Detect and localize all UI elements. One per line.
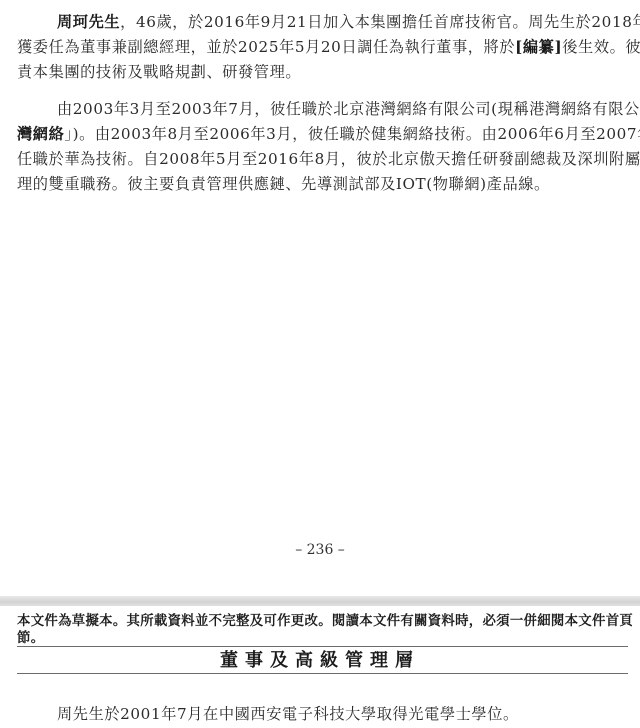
header-rule-bottom (17, 673, 628, 674)
draft-disclaimer: 本文件為草擬本。其所載資料並不完整及可作更改。閱讀本文件有關資料時，必須一併細閱… (17, 613, 628, 647)
page-separator (0, 596, 640, 606)
text-segment: 理的雙重職務。彼主要負責管理供應鏈、先導測試部及IOT(物聯網)產品線。 (17, 175, 550, 193)
text-segment: 後生效。彼主要負 (562, 38, 640, 56)
defined-term: 灣網絡 (17, 125, 64, 143)
text-segment: ，46歲，於2016年9月21日加入本集團擔任首席技術官。周先生於2018年6月… (120, 13, 640, 31)
text-segment: 責本集團的技術及戰略規劃、研發管理。 (17, 63, 301, 81)
disclaimer-line-1: 本文件為草擬本。其所載資料並不完整及可作更改。閱讀本文件有關資料時，必須一併細閱… (17, 613, 628, 630)
text-segment: 任職於華為技術。自2008年5月至2016年8月，彼於北京傲天擔任研發副總裁及深… (17, 150, 640, 168)
person-name: 周珂先生 (57, 13, 120, 31)
paragraph-1-line-1: 周珂先生，46歲，於2016年9月21日加入本集團擔任首席技術官。周先生於201… (57, 11, 628, 33)
paragraph-2-line-4: 理的雙重職務。彼主要負責管理供應鏈、先導測試部及IOT(物聯網)產品線。 (17, 173, 628, 195)
redacted-placeholder: [編纂] (515, 38, 562, 56)
text-segment: 由2003年3月至2003年7月，彼任職於北京港灣網絡有限公司(現稱港灣網絡有限… (57, 100, 640, 118)
paragraph-1-line-2: 獲委任為董事兼副總經理，並於2025年5月20日調任為執行董事，將於[編纂]後生… (17, 36, 628, 58)
paragraph-bottom-1: 周先生於2001年7月在中國西安電子科技大學取得光電學士學位。 (57, 703, 628, 725)
disclaimer-line-2: 節。 (17, 630, 628, 647)
page-number: – 236 – (0, 540, 640, 560)
text-segment: 」)。由2003年8月至2006年3月，彼任職於健集網絡技術。由2006年6月至… (64, 125, 640, 143)
header-rule-top (17, 646, 628, 647)
text-segment: 周先生於2001年7月在中國西安電子科技大學取得光電學士學位。 (57, 705, 519, 723)
paragraph-2-line-1: 由2003年3月至2003年7月，彼任職於北京港灣網絡有限公司(現稱港灣網絡有限… (57, 98, 628, 120)
text-segment: 獲委任為董事兼副總經理，並於2025年5月20日調任為執行董事，將於 (17, 38, 515, 56)
paragraph-1-line-3: 責本集團的技術及戰略規劃、研發管理。 (17, 61, 628, 83)
paragraph-2-line-3: 任職於華為技術。自2008年5月至2016年8月，彼於北京傲天擔任研發副總裁及深… (17, 148, 628, 170)
paragraph-2-line-2: 灣網絡」)。由2003年8月至2006年3月，彼任職於健集網絡技術。由2006年… (17, 123, 628, 145)
document-page-top: 周珂先生，46歲，於2016年9月21日加入本集團擔任首席技術官。周先生於201… (0, 0, 640, 596)
section-title: 董事及高級管理層 (0, 649, 640, 673)
